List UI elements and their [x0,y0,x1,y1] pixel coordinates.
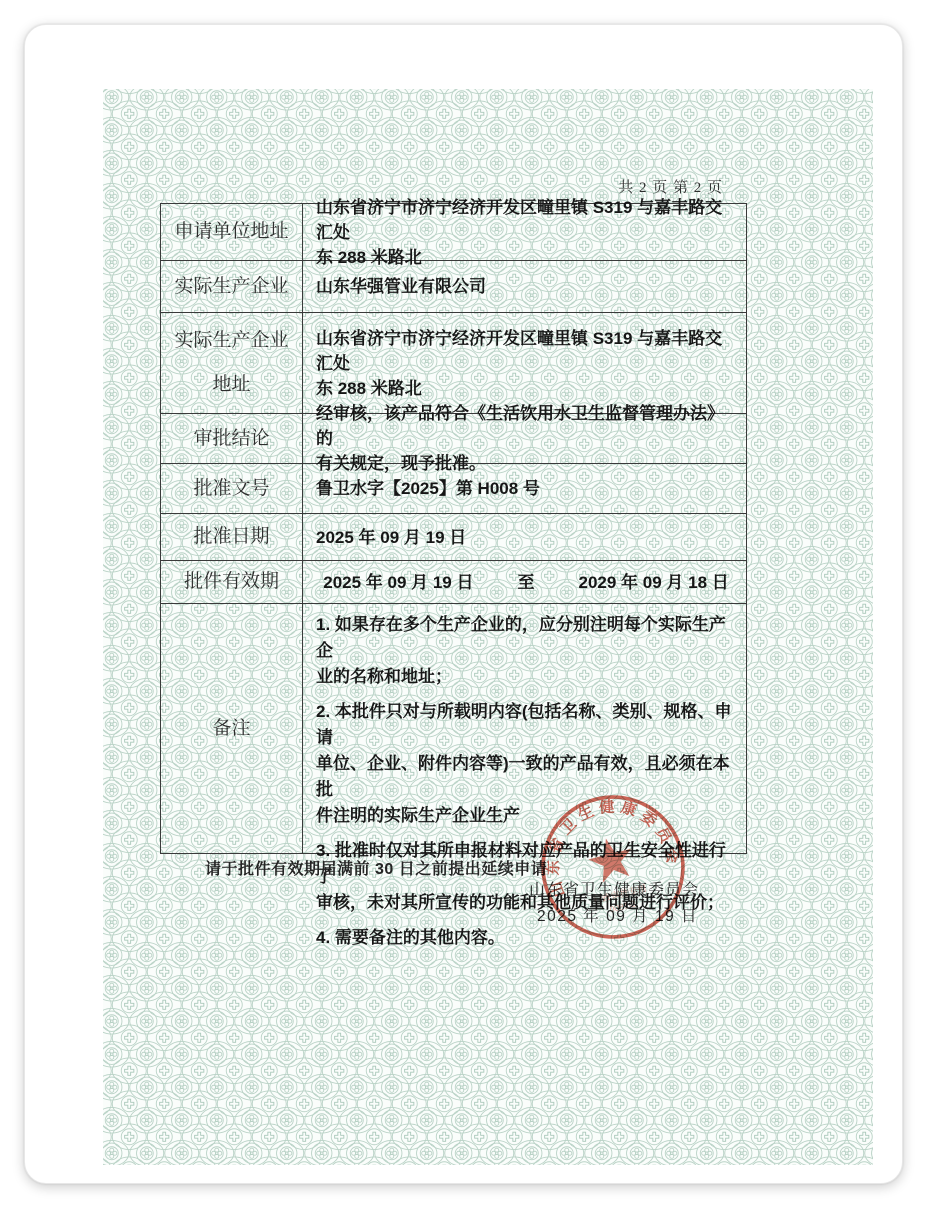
certificate-table: 申请单位地址 山东省济宁市济宁经济开发区疃里镇 S319 与嘉丰路交汇处 东 2… [160,203,747,854]
row-value: 鲁卫水字【2025】第 H008 号 [303,464,746,513]
row-label: 实际生产企业 [161,261,303,312]
validity-start-date: 2025 年 09 月 19 日 [323,570,473,595]
row-label: 批准文号 [161,464,303,513]
row-value: 山东华强管业有限公司 [303,261,746,312]
seal-star-icon [584,833,637,885]
validity-end-date: 2029 年 09 月 18 日 [579,570,729,595]
row-value: 经审核，该产品符合《生活饮用水卫生监督管理办法》的 有关规定，现予批准。 [303,414,746,463]
row-value: 2025 年 09 月 19 日 至 2029 年 09 月 18 日 [303,561,746,603]
table-row-validity-period: 批件有效期 2025 年 09 月 19 日 至 2029 年 09 月 18 … [161,561,746,604]
scanned-certificate-page: 共 2 页 第 2 页 申请单位地址 山东省济宁市济宁经济开发区疃里镇 S319… [0,0,925,1208]
table-row-approval-number: 批准文号 鲁卫水字【2025】第 H008 号 [161,464,746,514]
row-value: 山东省济宁市济宁经济开发区疃里镇 S319 与嘉丰路交汇处 东 288 米路北 [303,204,746,260]
remark-item: 1. 如果存在多个生产企业的，应分别注明每个实际生产企 业的名称和地址； [316,612,736,690]
row-label: 批准日期 [161,514,303,560]
table-row-manufacturer-address: 实际生产企业 地址 山东省济宁市济宁经济开发区疃里镇 S319 与嘉丰路交汇处 … [161,313,746,414]
row-label: 备注 [161,604,303,853]
row-label: 批件有效期 [161,561,303,603]
row-label: 审批结论 [161,414,303,463]
table-row-manufacturer: 实际生产企业 山东华强管业有限公司 [161,261,746,313]
renewal-instruction: 请于批件有效期届满前 30 日之前提出延续申请 [205,856,547,879]
row-label: 申请单位地址 [161,204,303,260]
row-value: 2025 年 09 月 19 日 [303,514,746,560]
row-value: 山东省济宁市济宁经济开发区疃里镇 S319 与嘉丰路交汇处 东 288 米路北 [303,313,746,413]
row-label: 实际生产企业 地址 [161,313,303,413]
certificate-content: 共 2 页 第 2 页 申请单位地址 山东省济宁市济宁经济开发区疃里镇 S319… [0,0,925,1208]
validity-to-label: 至 [518,570,535,595]
table-row-approval-date: 批准日期 2025 年 09 月 19 日 [161,514,746,561]
table-row-approval-conclusion: 审批结论 经审核，该产品符合《生活饮用水卫生监督管理办法》的 有关规定，现予批准… [161,414,746,464]
table-row-applicant-address: 申请单位地址 山东省济宁市济宁经济开发区疃里镇 S319 与嘉丰路交汇处 东 2… [161,204,746,261]
